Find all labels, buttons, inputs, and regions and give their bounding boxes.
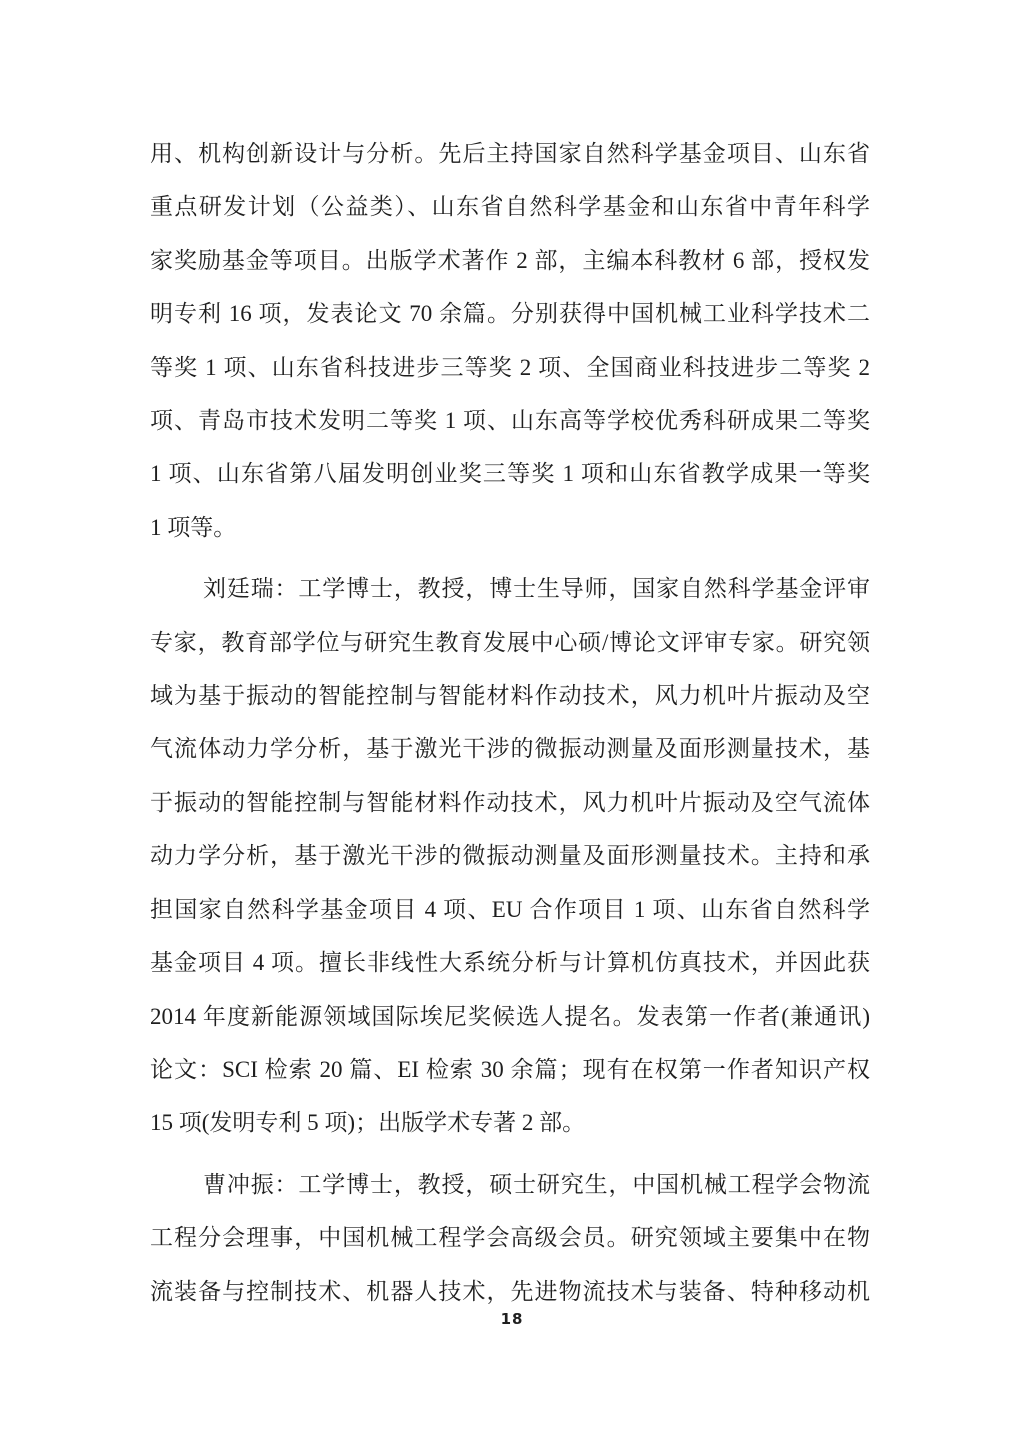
text-line: 担国家自然科学基金项目 4 项、EU 合作项目 1 项、山东省自然科学 [150, 883, 870, 936]
text-line: 专家，教育部学位与研究生教育发展中心硕/博论文评审专家。研究领 [150, 616, 870, 669]
paragraph: 用、机构创新设计与分析。先后主持国家自然科学基金项目、山东省重点研发计划（公益类… [150, 127, 870, 554]
text-line: 工程分会理事，中国机械工程学会高级会员。研究领域主要集中在物 [150, 1211, 870, 1264]
text-line: 气流体动力学分析，基于激光干涉的微振动测量及面形测量技术，基 [150, 722, 870, 775]
text-line: 家奖励基金等项目。出版学术著作 2 部，主编本科教材 6 部，授权发 [150, 234, 870, 287]
text-line: 于振动的智能控制与智能材料作动技术，风力机叶片振动及空气流体 [150, 776, 870, 829]
text-line: 重点研发计划（公益类）、山东省自然科学基金和山东省中青年科学 [150, 180, 870, 233]
document-page: 用、机构创新设计与分析。先后主持国家自然科学基金项目、山东省重点研发计划（公益类… [0, 0, 1024, 1448]
text-line: 明专利 16 项，发表论文 70 余篇。分别获得中国机械工业科学技术二 [150, 287, 870, 340]
text-line: 1 项等。 [150, 501, 870, 554]
paragraph: 曹冲振：工学博士，教授，硕士研究生，中国机械工程学会物流工程分会理事，中国机械工… [150, 1158, 870, 1318]
text-line: 2014 年度新能源领域国际埃尼奖候选人提名。发表第一作者(兼通讯) [150, 990, 870, 1043]
text-line: 15 项(发明专利 5 项)；出版学术专著 2 部。 [150, 1096, 870, 1149]
text-line: 等奖 1 项、山东省科技进步三等奖 2 项、全国商业科技进步二等奖 2 [150, 341, 870, 394]
text-block: 用、机构创新设计与分析。先后主持国家自然科学基金项目、山东省重点研发计划（公益类… [150, 127, 870, 1326]
text-line: 论文：SCI 检索 20 篇、EI 检索 30 余篇；现有在权第一作者知识产权 [150, 1043, 870, 1096]
text-line: 刘廷瑞：工学博士，教授，博士生导师，国家自然科学基金评审 [150, 562, 870, 615]
text-line: 基金项目 4 项。擅长非线性大系统分析与计算机仿真技术，并因此获 [150, 936, 870, 989]
paragraph: 刘廷瑞：工学博士，教授，博士生导师，国家自然科学基金评审专家，教育部学位与研究生… [150, 562, 870, 1149]
text-line: 项、青岛市技术发明二等奖 1 项、山东高等学校优秀科研成果二等奖 [150, 394, 870, 447]
text-line: 曹冲振：工学博士，教授，硕士研究生，中国机械工程学会物流 [150, 1158, 870, 1211]
text-line: 动力学分析，基于激光干涉的微振动测量及面形测量技术。主持和承 [150, 829, 870, 882]
page-number: 18 [0, 1310, 1024, 1328]
text-line: 1 项、山东省第八届发明创业奖三等奖 1 项和山东省教学成果一等奖 [150, 447, 870, 500]
text-line: 用、机构创新设计与分析。先后主持国家自然科学基金项目、山东省 [150, 127, 870, 180]
text-line: 域为基于振动的智能控制与智能材料作动技术，风力机叶片振动及空 [150, 669, 870, 722]
